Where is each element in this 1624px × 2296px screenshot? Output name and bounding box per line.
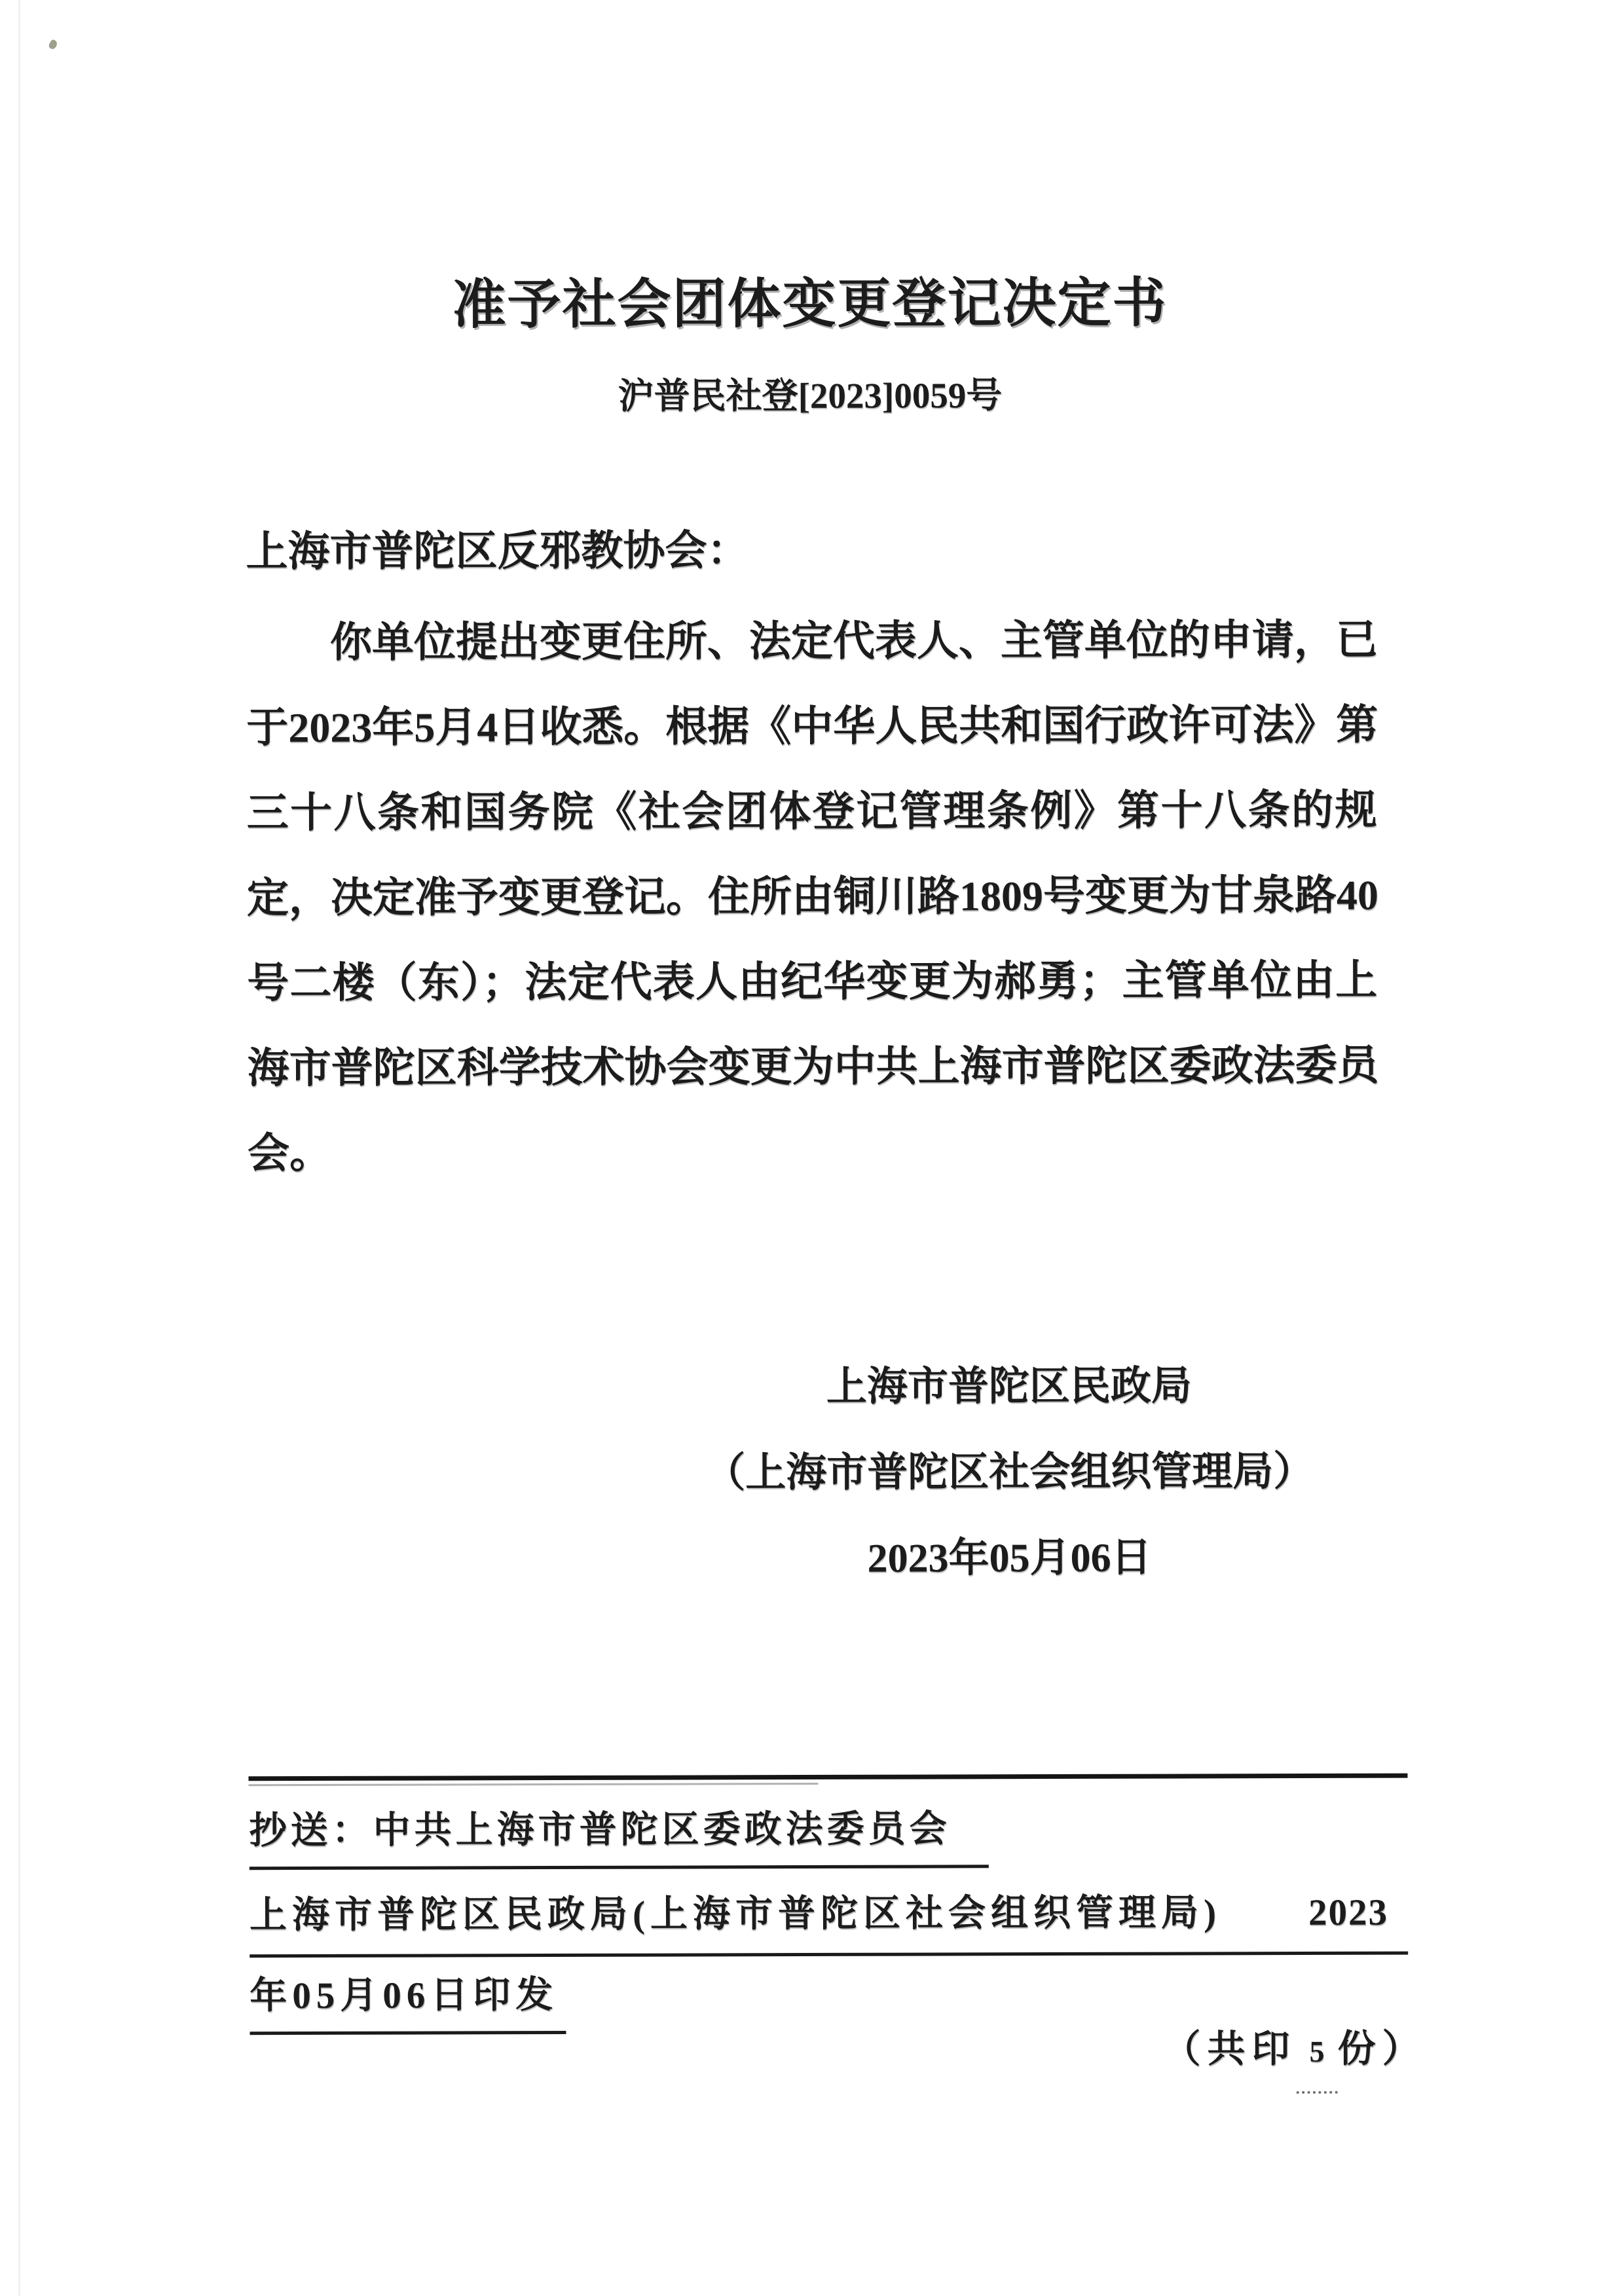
- document-title: 准予社会团体变更登记决定书: [0, 259, 1622, 350]
- issuer-name: 上海市普陀区民政局(上海市普陀区社会组织管理局): [249, 1871, 1221, 1958]
- document-number: 沪普民社登[2023]0059号: [0, 357, 1622, 435]
- issuer-line: 上海市普陀区民政局(上海市普陀区社会组织管理局) 2023: [249, 1871, 1408, 1958]
- body-line: 会。: [248, 1108, 1378, 1197]
- signature-date: 2023年05月06日: [564, 1514, 1454, 1603]
- scanned-document-page: 准予社会团体变更登记决定书 沪普民社登[2023]0059号 上海市普陀区反邪教…: [0, 0, 1624, 2296]
- document-content: 准予社会团体变更登记决定书 沪普民社登[2023]0059号 上海市普陀区反邪教…: [0, 0, 1624, 2296]
- body-line: 号二楼（东）；法定代表人由纪华变更为郝勇；主管单位由上: [247, 938, 1377, 1027]
- copies-prefix: （共印: [1163, 2028, 1297, 2071]
- body-line: 你单位提出变更住所、法定代表人、主管单位的申请，已: [246, 598, 1376, 686]
- signature-org-alias: （上海市普陀区社会组织管理局）: [564, 1429, 1454, 1517]
- cc-line: 抄送：中共上海市普陀区委政法委员会: [249, 1791, 989, 1870]
- body-line: 定，决定准予变更登记。住所由铜川路1809号变更为甘泉路40: [247, 853, 1377, 941]
- footer-divider-rule: [249, 1774, 1408, 1781]
- body-line: 海市普陀区科学技术协会变更为中共上海市普陀区委政法委员: [248, 1023, 1378, 1112]
- body-line: 三十八条和国务院《社会团体登记管理条例》第十八条的规: [246, 768, 1376, 856]
- issue-year: 2023: [1308, 1871, 1408, 1955]
- issue-date-line: 年05月06日印发: [249, 1957, 566, 2035]
- signature-org: 上海市普陀区民政局: [564, 1343, 1454, 1431]
- signature-block: 上海市普陀区民政局 （上海市普陀区社会组织管理局） 2023年05月06日: [564, 1343, 1455, 1603]
- body-paragraph: 你单位提出变更住所、法定代表人、主管单位的申请，已 于2023年5月4日收悉。根…: [246, 598, 1378, 1197]
- copies-suffix: 份）: [1338, 2028, 1427, 2070]
- scan-speck-artifact: [48, 39, 58, 50]
- footer-divider-rule-echo: [249, 1783, 819, 1786]
- copies-note: （共印5份）: [1162, 2010, 1426, 2089]
- addressee-line: 上海市普陀区反邪教协会：: [246, 509, 748, 593]
- body-line: 于2023年5月4日收悉。根据《中华人民共和国行政许可法》第: [246, 683, 1376, 771]
- copies-count: 5: [1296, 2013, 1337, 2094]
